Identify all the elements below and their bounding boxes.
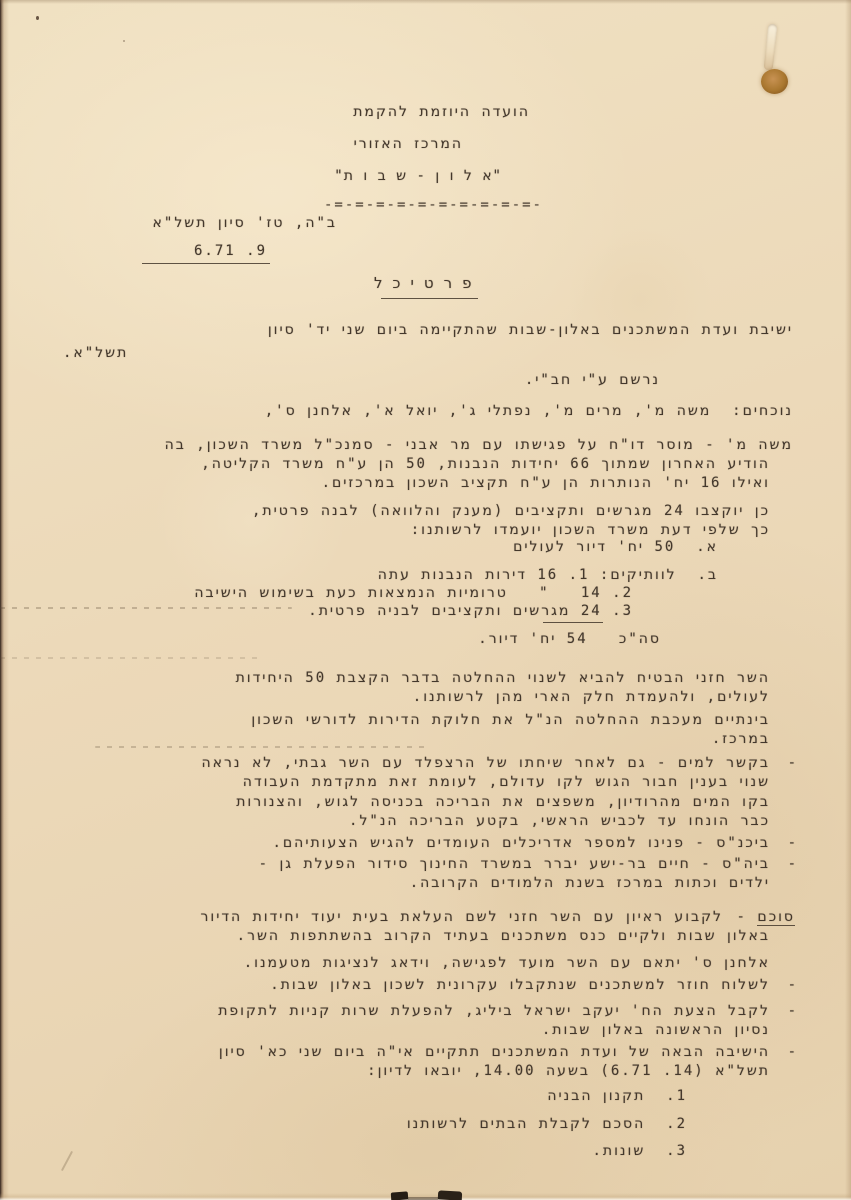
summary-meeting-line-2: באלון שבות ולקיים כנס משתכנים בעתיד הקרו…	[237, 928, 770, 945]
allocation-total: סה"כ 54 יח' דיור.	[478, 631, 661, 648]
date-underline	[142, 263, 270, 264]
water-line-2: שנוי בענין חבור הגוש לקו עדולם, לעומת זא…	[243, 774, 770, 791]
bullet-dash: -	[788, 977, 798, 994]
plots-line-1: כן יוקצבו 24 מגרשים ותקציבים (מענק והלוו…	[252, 503, 770, 520]
scan-edge-top	[0, 0, 851, 4]
allocation-item-b3: 3. 24 מגרשים ותקציבים לבניה פרטית.	[308, 603, 633, 620]
bottom-ink-mark	[391, 1191, 409, 1200]
agenda-item-3: 3. שונות.	[592, 1143, 687, 1160]
bullet-dash: -	[788, 1044, 798, 1061]
meanwhile-line-2: במרכז.	[712, 731, 770, 748]
letterhead-line-1: הועדה היוזמת להקמת	[353, 104, 530, 121]
title-underline	[381, 298, 478, 299]
paper-speck	[36, 16, 39, 20]
water-line-4: כבר הונחו עד לכביש הראשי, בקטע הבריכה הנ…	[349, 813, 770, 830]
letterhead-separator: -=-=-=-=-=-=-=-=-=-=-	[324, 197, 543, 214]
agenda-item-1: 1. תקנון הבניה	[547, 1088, 687, 1105]
hazani-line-1: השר חזני הבטיח להביא לשנוי ההחלטה בדבר ה…	[236, 670, 770, 687]
summary-purchase-line-2: נסיון הראשונה באלון שבות.	[542, 1022, 770, 1039]
report-line-1: משה מ' - מוסר דו"ח על פגישתו עם מר אבני …	[165, 437, 793, 454]
synagogue-line: ביכנ"ס - פנינו למספר אדריכלים העומדים לה…	[272, 835, 770, 852]
scanned-protocol-page: הועדה היוזמת להקמת המרכז האזורי "א ל ו ן…	[0, 0, 851, 1200]
summary-label-text: סוכם	[757, 909, 795, 926]
water-line-3: בקו המים מהרודיון, משפצים את הבריכה בכני…	[236, 794, 770, 811]
bullet-dash: -	[788, 856, 798, 873]
rust-stain	[761, 69, 788, 94]
summary-coordination-line: אלחנן ס' יתאם עם השר מועד לפגישה, וידאג …	[244, 955, 770, 972]
hebrew-date: ב"ה, טז' סיון תשל"א	[153, 215, 337, 232]
water-line-1: בקשר למים - גם לאחר שיחתו של הרצפלד עם ה…	[202, 755, 771, 772]
hazani-line-2: לעולים, ולהעמדת חלק הארי מהן לרשותנו.	[413, 689, 770, 706]
fold-crease	[95, 746, 430, 748]
protocol-title: פ ר ט י כ ל	[374, 275, 472, 292]
allocation-item-a: א. 50 יח' דיור לעולים	[513, 539, 718, 556]
summary-meeting-line-1: לקבוע ראיון עם השר חזני לשם העלאת בעית י…	[201, 909, 723, 926]
report-line-3: ואילו 16 יח' הנותרות הן ע"ח תקציב השכון …	[322, 475, 770, 492]
recorded-by-line: נרשם ע"י חב"י.	[525, 372, 660, 389]
school-line-2: ילדים וכתות במרכז בשנת הלמודים הקרובה.	[410, 875, 770, 892]
letterhead-line-2: המרכז האזורי	[354, 136, 463, 153]
bottom-ink-mark	[438, 1190, 462, 1200]
civil-date: 9. 6.71	[194, 243, 267, 260]
summary-label: סוכם -	[737, 909, 795, 926]
bullet-dash: -	[788, 835, 798, 852]
allocation-item-b1: ב. לוותיקים: 1. 16 דירות הנבנות עתה	[378, 567, 718, 584]
next-meeting-line-2: תשל"א (14. 6.71) בשעה 14.00, יובאו לדיון…	[367, 1063, 770, 1080]
scan-edge-right	[845, 0, 851, 1200]
bullet-dash: -	[788, 755, 798, 772]
next-meeting-line-1: הישיבה הבאה של ועדת המשתכנים תתקיים אי"ה…	[219, 1044, 770, 1061]
summary-label-dash: -	[737, 909, 758, 925]
fold-crease	[0, 657, 258, 659]
fold-crease	[0, 607, 292, 609]
meanwhile-line-1: בינתיים מעכבת ההחלטה הנ"ל את חלוקת הדירו…	[251, 712, 770, 729]
opening-line-2: תשל"א.	[63, 345, 128, 362]
attendees-line: נוכחים: משה מ', מרים מ', נפתלי ג', יואל …	[265, 403, 793, 420]
report-line-2: הודיע האחרון שמתוך 66 יחידות הנבנות, 50 …	[201, 456, 770, 473]
plots-line-2: כך שלפי דעת משרד השכון יועמדו לרשותנו:	[411, 522, 770, 539]
pen-mark	[61, 1151, 73, 1171]
summary-circular-line: לשלוח חוזר למשתכנים שנתקבלו עקרונית לשכו…	[270, 977, 770, 994]
total-rule	[543, 622, 603, 623]
agenda-item-2: 2. הסכם לקבלת הבתים לרשותנו	[407, 1116, 687, 1133]
opening-line-1: ישיבת ועדת המשתכנים באלון-שבות שהתקיימה …	[268, 322, 793, 339]
bullet-dash: -	[788, 1003, 798, 1020]
scan-edge-left	[0, 0, 9, 1200]
staple-tear-mark	[764, 24, 778, 71]
letterhead-line-3: "א ל ו ן - ש ב ו ת"	[334, 168, 502, 185]
school-line-1: ביה"ס - חיים בר-ישע יברר במשרד החינוך סי…	[259, 856, 770, 873]
paper-speck	[123, 40, 125, 42]
allocation-item-b2: 2. 14 " טרומיות הנמצאות כעת בשימוש הישיב…	[194, 585, 633, 602]
summary-purchase-line-1: לקבל הצעת הח' יעקב ישראל ביליג, להפעלת ש…	[218, 1003, 770, 1020]
